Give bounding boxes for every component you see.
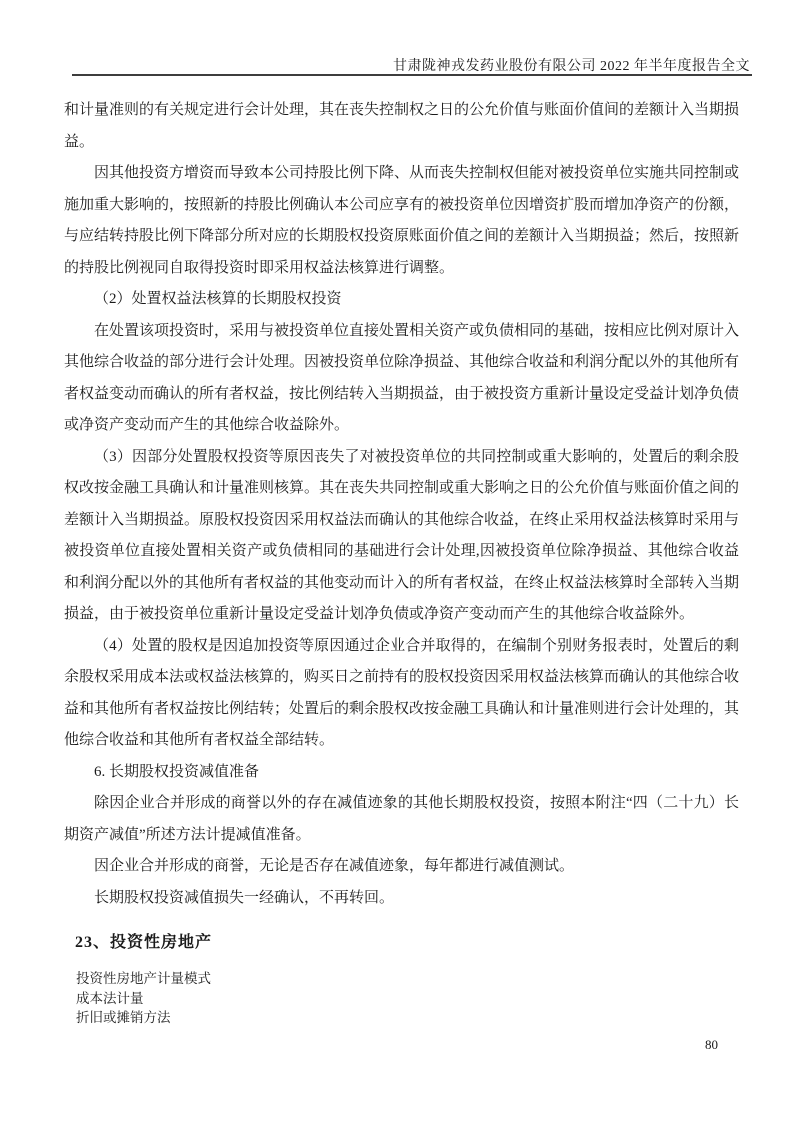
paragraph-disposal-equity-method-detail: 在处置该项投资时，采用与被投资单位直接处置相关资产或负债相同的基础，按相应比例对… <box>64 316 739 442</box>
paragraph-accounting-treatment-continuation: 和计量准则的有关规定进行会计处理，其在丧失控制权之日的公允价值与账面价值间的差额… <box>64 95 739 158</box>
cost-method-label: 成本法计量 <box>76 989 211 1009</box>
paragraph-capital-increase-dilution: 因其他投资方增资而导致本公司持股比例下降、从而丧失控制权但能对被投资单位实施共同… <box>64 158 739 284</box>
header-divider <box>72 74 752 76</box>
paragraph-impairment-no-reversal: 长期股权投资减值损失一经确认，不再转回。 <box>64 883 739 915</box>
report-page: 甘肃陇神戎发药业股份有限公司 2022 年半年度报告全文 和计量准则的有关规定进… <box>0 0 793 1122</box>
section-23-heading-investment-property: 23、投资性房地产 <box>75 929 212 952</box>
section-6-heading-impairment-provision: 6. 长期股权投资减值准备 <box>64 757 739 789</box>
investment-property-measurement-mode-label: 投资性房地产计量模式 <box>76 969 211 989</box>
body-text: 和计量准则的有关规定进行会计处理，其在丧失控制权之日的公允价值与账面价值间的差额… <box>64 95 739 914</box>
subsection-2-heading-disposal-equity-method: （2）处置权益法核算的长期股权投资 <box>64 284 739 316</box>
investment-property-notes: 投资性房地产计量模式 成本法计量 折旧或摊销方法 <box>76 969 211 1028</box>
page-number: 80 <box>705 1037 718 1053</box>
depreciation-amortization-method-label: 折旧或摊销方法 <box>76 1008 211 1028</box>
subsection-4-paragraph-business-combination-disposal: （4）处置的股权是因追加投资等原因通过企业合并取得的，在编制个别财务报表时，处置… <box>64 631 739 757</box>
page-header-title: 甘肃陇神戎发药业股份有限公司 2022 年半年度报告全文 <box>393 55 750 75</box>
paragraph-impairment-method: 除因企业合并形成的商誉以外的存在减值迹象的其他长期股权投资，按照本附注“四（二十… <box>64 788 739 851</box>
paragraph-goodwill-impairment-test: 因企业合并形成的商誉，无论是否存在减值迹象，每年都进行减值测试。 <box>64 851 739 883</box>
subsection-3-paragraph-partial-disposal: （3）因部分处置股权投资等原因丧失了对被投资单位的共同控制或重大影响的，处置后的… <box>64 442 739 631</box>
